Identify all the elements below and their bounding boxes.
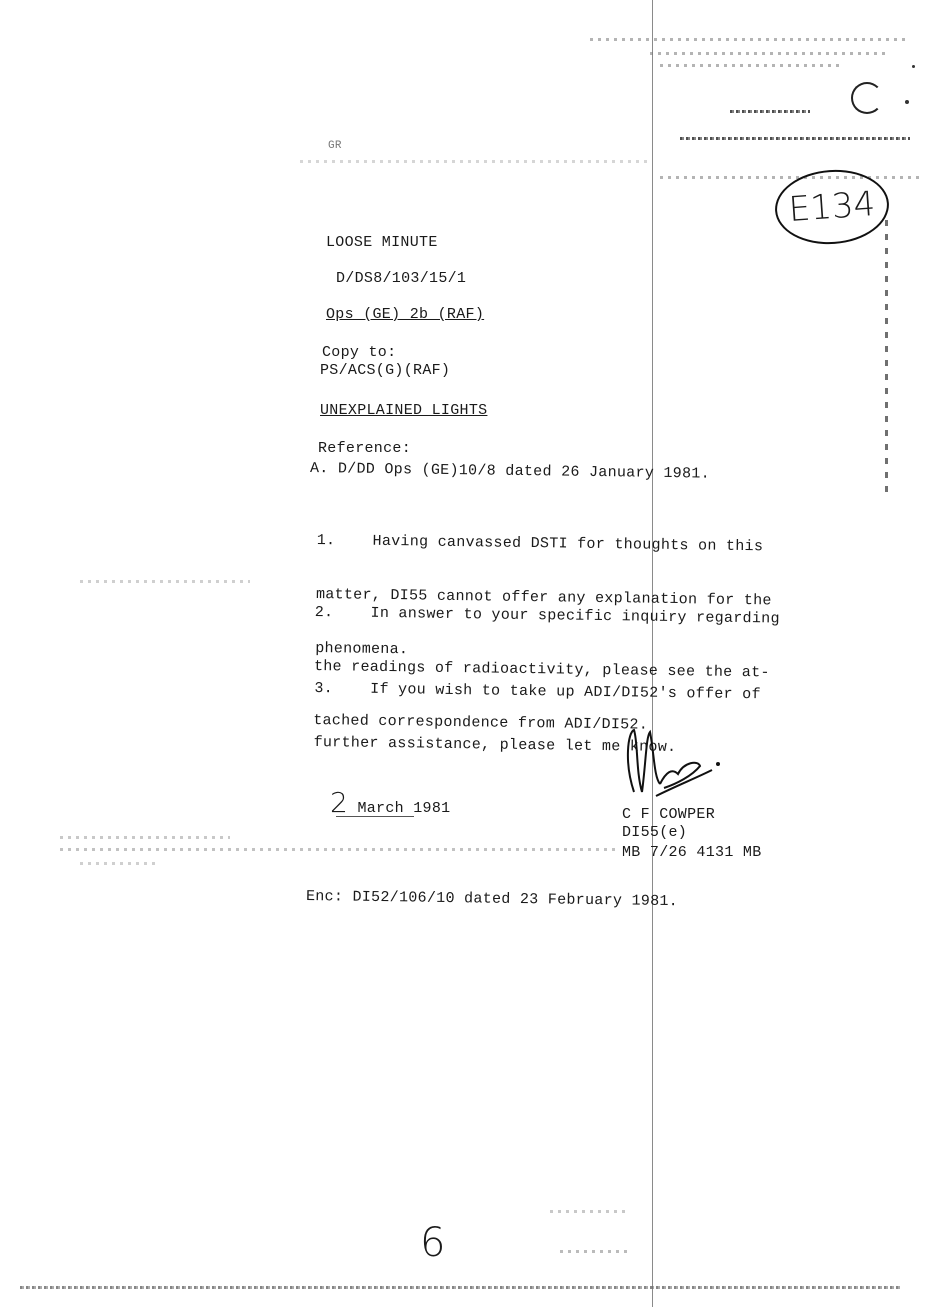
scan-noise	[60, 836, 230, 839]
scan-noise	[680, 137, 910, 140]
circled-mark-icon	[851, 82, 883, 114]
scan-noise	[60, 848, 620, 851]
date-month-year: March 1981	[357, 800, 450, 817]
scan-noise	[550, 1210, 630, 1213]
scan-speck	[905, 100, 909, 104]
scan-noise	[590, 38, 910, 41]
paragraph-line: 1. Having canvassed DSTI for thoughts on…	[317, 532, 773, 556]
classification-mark: GR	[328, 140, 342, 152]
scan-noise	[560, 1250, 630, 1253]
handwritten-signature	[620, 722, 730, 802]
document-header: LOOSE MINUTE	[326, 234, 438, 251]
file-reference: D/DS8/103/15/1	[336, 270, 466, 287]
copy-to-recipient: PS/ACS(G)(RAF)	[320, 362, 450, 379]
signatory-name: C F COWPER	[622, 806, 715, 823]
reference-item: A. D/DD Ops (GE)10/8 dated 26 January 19…	[310, 460, 710, 483]
date-line: 2 March 1981	[330, 786, 450, 819]
scan-speck	[912, 65, 915, 68]
handwritten-day: 2	[330, 786, 348, 819]
scan-noise	[80, 862, 160, 865]
paragraph-line: 3. If you wish to take up ADI/DI52's off…	[314, 680, 761, 704]
folio-mark: E134	[788, 184, 877, 230]
subject-heading: UNEXPLAINED LIGHTS	[320, 402, 487, 419]
scan-noise	[660, 176, 920, 179]
signatory-branch: DI55(e)	[622, 824, 687, 841]
scan-edge-marks	[885, 220, 888, 500]
scan-noise	[730, 110, 810, 113]
scan-noise	[80, 580, 250, 583]
page-number: 6	[420, 1220, 445, 1266]
paragraph-line: 2. In answer to your specific inquiry re…	[315, 604, 780, 628]
scan-noise	[660, 64, 840, 67]
copy-to-label: Copy to:	[322, 344, 396, 361]
signatory-phone: MB 7/26 4131 MB	[622, 844, 762, 861]
enclosure-line: Enc: DI52/106/10 dated 23 February 1981.	[306, 888, 678, 910]
scan-noise	[20, 1286, 900, 1289]
addressee: Ops (GE) 2b (RAF)	[326, 306, 484, 323]
scanned-document-page: E134 GR LOOSE MINUTE D/DS8/103/15/1 Ops …	[0, 0, 928, 1307]
date-underline	[336, 816, 414, 817]
reference-label: Reference:	[318, 440, 411, 457]
scan-noise	[650, 52, 890, 55]
scan-noise	[300, 160, 650, 163]
